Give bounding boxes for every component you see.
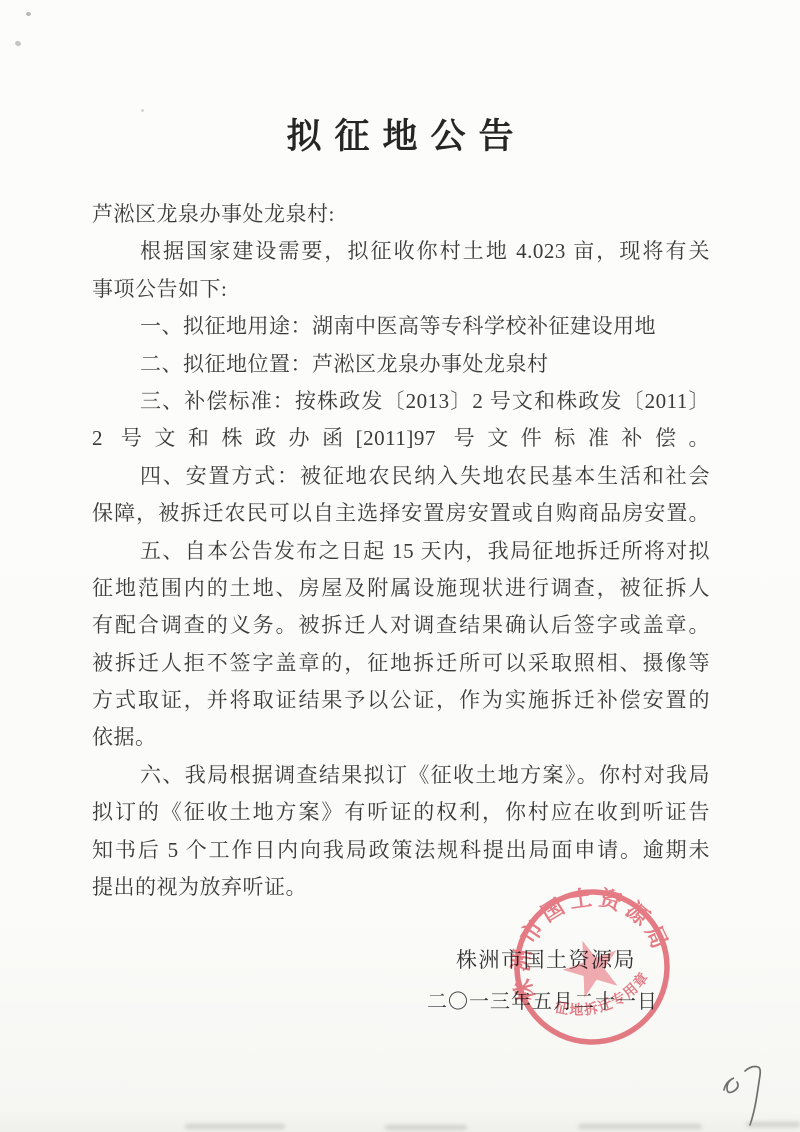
body-line: 2 号文和株政办函[2011]97 号文件标准补偿。 bbox=[92, 420, 710, 457]
item-3-line: 三、补偿标准：按株政发〔2013〕2 号文和株政发〔2011〕 bbox=[92, 383, 710, 420]
body-line: 事项公告如下: bbox=[92, 271, 710, 308]
handwritten-mark bbox=[700, 1038, 790, 1132]
item-6-line: 六、我局根据调查结果拟订《征收土地方案》。你村对我局 bbox=[92, 757, 710, 794]
item-5-line: 五、自本公告发布之日起 15 天内，我局征地拆迁所将对拟 bbox=[92, 533, 710, 570]
body-line: 有配合调查的义务。被拆迁人对调查结果确认后签字或盖章。 bbox=[92, 607, 710, 644]
body-line: 保障，被拆迁农民可以自主选择安置房安置或自购商品房安置。 bbox=[92, 495, 710, 532]
scanned-document-page: 拟征地公告 芦淞区龙泉办事处龙泉村: 根据国家建设需要，拟征收你村土地 4.02… bbox=[0, 0, 800, 1132]
body-line: 方式取证，并将取证结果予以公证，作为实施拆迁补偿安置的 bbox=[92, 682, 710, 719]
document-body: 芦淞区龙泉办事处龙泉村: 根据国家建设需要，拟征收你村土地 4.023 亩，现将… bbox=[92, 196, 710, 906]
body-line: 知书后 5 个工作日内向我局政策法规科提出局面申请。逾期未 bbox=[92, 832, 710, 869]
scan-artifact bbox=[26, 12, 31, 16]
star-icon bbox=[556, 931, 628, 1002]
body-line: 被拆迁人拒不签字盖章的，征地拆迁所可以采取照相、摄像等 bbox=[92, 645, 710, 682]
salutation-line: 芦淞区龙泉办事处龙泉村: bbox=[92, 196, 710, 233]
scan-artifact bbox=[185, 1124, 285, 1129]
body-line: 拟订的《征收土地方案》有听证的权利，你村应在收到听证告 bbox=[92, 794, 710, 831]
scan-artifact bbox=[385, 1125, 467, 1130]
scan-artifact bbox=[141, 109, 144, 112]
scan-artifact bbox=[578, 1124, 702, 1129]
scan-artifact bbox=[14, 40, 22, 47]
item-4-line: 四、安置方式：被征地农民纳入失地农民基本生活和社会 bbox=[92, 458, 710, 495]
body-line: 根据国家建设需要，拟征收你村土地 4.023 亩，现将有关 bbox=[92, 233, 710, 270]
item-1-line: 一、拟征地用途：湖南中医高等专科学校补征建设用地 bbox=[92, 308, 710, 345]
scan-artifact bbox=[746, 1122, 800, 1127]
body-line: 依据。 bbox=[92, 719, 710, 756]
document-title: 拟征地公告 bbox=[0, 109, 800, 159]
official-seal-stamp: 株洲市国土资源局 征地拆迁专用章 bbox=[507, 882, 677, 1052]
body-line: 征地范围内的土地、房屋及附属设施现状进行调查，被征拆人 bbox=[92, 570, 710, 607]
item-2-line: 二、拟征地位置：芦淞区龙泉办事处龙泉村 bbox=[92, 346, 710, 383]
